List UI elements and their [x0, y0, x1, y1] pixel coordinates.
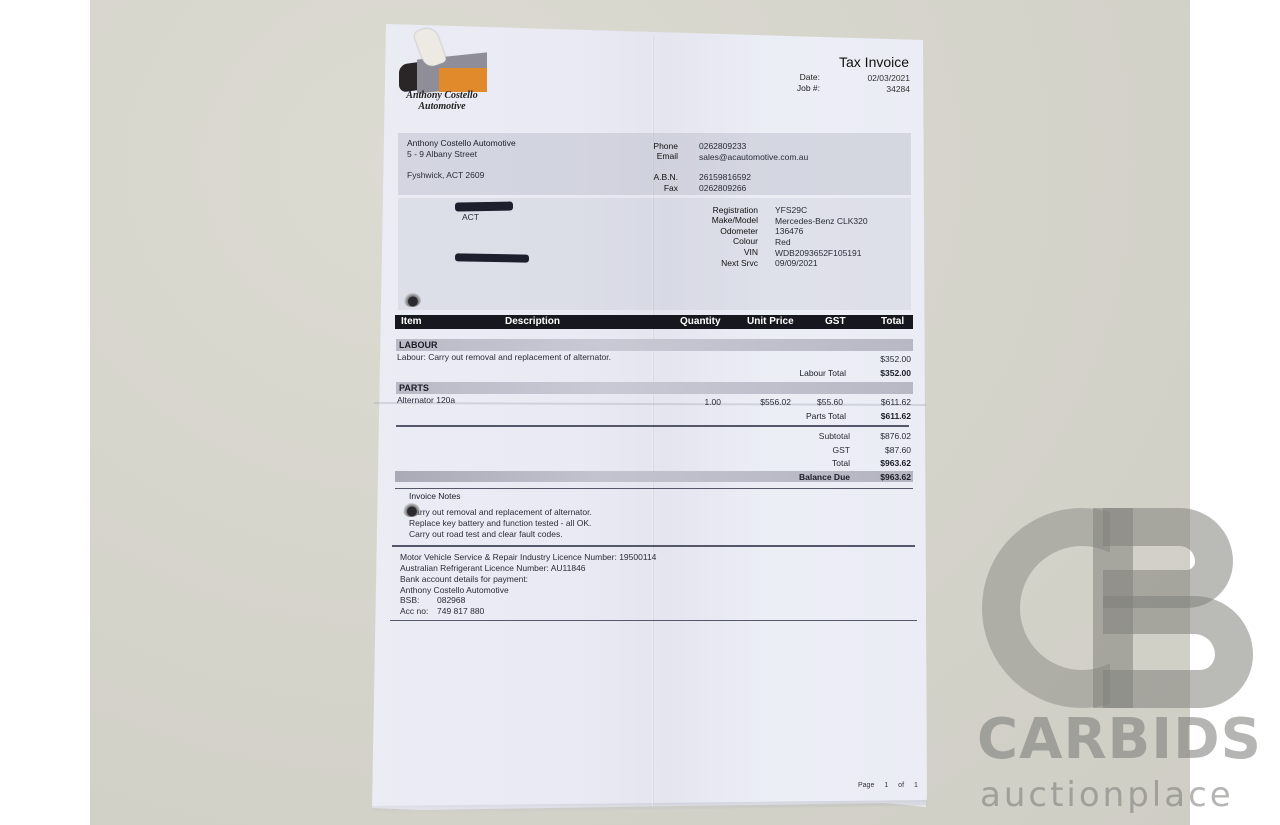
- registration-value: YFS29C: [775, 205, 807, 215]
- col-quantity: Quantity: [680, 316, 721, 327]
- page-label: Page: [858, 782, 874, 789]
- phone-label: Phone: [628, 141, 678, 151]
- notes-divider-bottom: [392, 545, 915, 547]
- pen-mark-icon: [402, 503, 420, 517]
- table-row-description: Alternator 120a: [397, 395, 455, 405]
- pen-mark-icon: [403, 293, 421, 307]
- acc-label: Acc no:: [400, 606, 428, 616]
- parts-total-label: Parts Total: [770, 411, 846, 421]
- footer-bank-heading: Bank account details for payment:: [400, 574, 528, 584]
- vin-value: WDB2093652F105191: [775, 248, 861, 258]
- note-line: Carry out road test and clear fault code…: [409, 529, 563, 539]
- table-header: Item Description Quantity Unit Price GST…: [395, 315, 913, 329]
- redacted-customer-phone: [455, 253, 529, 262]
- page-total: 1: [914, 782, 918, 789]
- footer-divider: [390, 620, 917, 621]
- section-parts: PARTS: [396, 382, 913, 394]
- subtotal-value: $876.02: [850, 431, 911, 441]
- phone-value: 0262809233: [699, 141, 746, 151]
- colour-value: Red: [775, 237, 791, 247]
- total-label: Total: [770, 458, 850, 468]
- col-description: Description: [505, 316, 560, 327]
- footer-refrigerant-line: Australian Refrigerant Licence Number: A…: [400, 563, 586, 573]
- col-item: Item: [401, 316, 422, 327]
- table-row-total: $611.62: [850, 397, 911, 407]
- business-address-1: 5 - 9 Albany Street: [407, 149, 477, 159]
- date-label: Date:: [780, 72, 820, 82]
- col-unit-price: Unit Price: [747, 316, 794, 327]
- customer-state: ACT: [462, 212, 479, 222]
- colour-label: Colour: [690, 236, 758, 246]
- watermark-brand: CARBIDS: [977, 712, 1262, 768]
- table-row-description: Labour: Carry out removal and replacemen…: [397, 352, 611, 362]
- footer-licence-line: Motor Vehicle Service & Repair Industry …: [400, 552, 656, 562]
- business-address-2: Fyshwick, ACT 2609: [407, 170, 484, 180]
- job-label: Job #:: [780, 83, 820, 93]
- section-labour: LABOUR: [396, 339, 913, 351]
- abn-label: A.B.N.: [628, 172, 678, 182]
- fax-label: Fax: [628, 183, 678, 193]
- col-gst: GST: [825, 316, 846, 327]
- footer-account-name: Anthony Costello Automotive: [400, 585, 509, 595]
- odometer-value: 136476: [775, 226, 803, 236]
- invoice-title: Tax Invoice: [839, 54, 909, 70]
- bsb-label: BSB:: [400, 595, 419, 605]
- email-value: sales@acautomotive.com.au: [699, 152, 808, 162]
- table-row-total: $352.00: [850, 354, 911, 364]
- redacted-customer-name: [455, 201, 513, 211]
- balance-due-value: $963.62: [850, 472, 911, 482]
- subtotal-label: Subtotal: [770, 431, 850, 441]
- abn-value: 26159816592: [699, 172, 751, 182]
- page-current: 1: [884, 782, 888, 789]
- watermark-b-icon: [1093, 508, 1253, 708]
- balance-due-label: Balance Due: [770, 472, 850, 482]
- page-indicator: Page 1 of 1: [858, 782, 918, 789]
- labour-total-value: $352.00: [850, 368, 911, 378]
- next-service-label: Next Srvc: [690, 258, 758, 268]
- note-line: Carry out removal and replacement of alt…: [409, 507, 592, 517]
- table-divider: [396, 425, 909, 427]
- email-label: Email: [628, 151, 678, 161]
- note-line: Replace key battery and function tested …: [409, 518, 591, 528]
- next-service-value: 09/09/2021: [775, 258, 818, 268]
- table-row-gst: $55.60: [805, 397, 843, 407]
- gst-label: GST: [770, 445, 850, 455]
- make-model-label: Make/Model: [690, 215, 758, 225]
- business-logo: [399, 50, 487, 92]
- table-row-unit-price: $556.02: [745, 397, 791, 407]
- job-number: 34284: [840, 84, 910, 94]
- make-model-value: Mercedes-Benz CLK320: [775, 216, 868, 226]
- registration-label: Registration: [690, 205, 758, 215]
- logo-text: Anthony Costello Automotive: [396, 90, 488, 112]
- acc-value: 749 817 880: [437, 606, 484, 616]
- bsb-value: 082968: [437, 595, 465, 605]
- fax-value: 0262809266: [699, 183, 746, 193]
- odometer-label: Odometer: [690, 226, 758, 236]
- notes-divider-top: [395, 488, 913, 489]
- page-of-label: of: [898, 782, 904, 789]
- watermark-tagline: auctionplace: [980, 775, 1234, 815]
- notes-heading: Invoice Notes: [409, 491, 461, 501]
- vin-label: VIN: [690, 247, 758, 257]
- parts-total-value: $611.62: [850, 411, 911, 421]
- table-row-quantity: 1.00: [690, 397, 721, 407]
- col-total: Total: [881, 316, 904, 327]
- gst-value: $87.60: [850, 445, 911, 455]
- labour-total-label: Labour Total: [770, 368, 846, 378]
- total-value: $963.62: [850, 458, 911, 468]
- business-name: Anthony Costello Automotive: [407, 138, 516, 148]
- invoice-date: 02/03/2021: [840, 73, 910, 83]
